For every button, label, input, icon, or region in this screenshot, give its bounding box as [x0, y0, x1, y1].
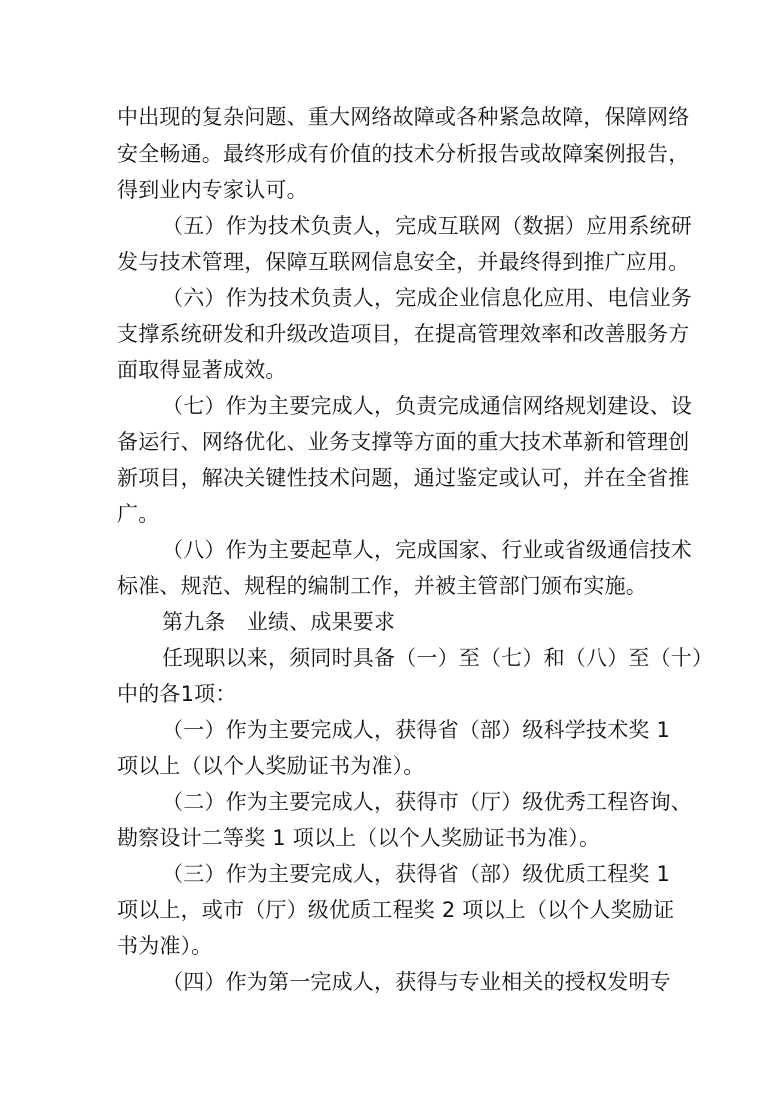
text-line: 安全畅通。最终形成有价值的技术分析报告或故障案例报告，: [117, 141, 677, 167]
article-9-heading: 第九条 业绩、成果要求: [162, 609, 722, 635]
text-line: 广。: [117, 501, 677, 527]
paragraph-7-start: （七）作为主要完成人，负责完成通信网络规划建设、设: [162, 393, 722, 419]
paragraph-5-start: （五）作为技术负责人，完成互联网（数据）应用系统研: [162, 213, 722, 239]
text-line: 备运行、网络优化、业务支撑等方面的重大技术革新和管理创: [117, 429, 677, 455]
text-line: 面取得显著成效。: [117, 357, 677, 383]
text-line: 支撑系统研发和升级改造项目，在提高管理效率和改善服务方: [117, 321, 677, 347]
text-line: 书为准）。: [117, 933, 677, 959]
text-line: 项以上，或市（厅）级优质工程奖 2 项以上（以个人奖励证: [117, 897, 677, 923]
paragraph-8-start: （八）作为主要起草人，完成国家、行业或省级通信技术: [162, 537, 722, 563]
text-line: 中的各1项：: [117, 681, 677, 707]
item-3-start: （三）作为主要完成人，获得省（部）级优质工程奖 1: [162, 861, 722, 887]
text-line: 新项目，解决关键性技术问题，通过鉴定或认可，并在全省推: [117, 465, 677, 491]
item-1-start: （一）作为主要完成人，获得省（部）级科学技术奖 1: [162, 717, 722, 743]
paragraph-6-start: （六）作为技术负责人，完成企业信息化应用、电信业务: [162, 285, 722, 311]
text-line: 中出现的复杂问题、重大网络故障或各种紧急故障，保障网络: [117, 104, 677, 130]
text-line: 得到业内专家认可。: [117, 177, 677, 203]
text-line: 标准、规范、规程的编制工作，并被主管部门颁布实施。: [117, 573, 677, 599]
text-line: 勘察设计二等奖 1 项以上（以个人奖励证书为准）。: [117, 825, 677, 851]
text-line: 发与技术管理，保障互联网信息安全，并最终得到推广应用。: [117, 249, 677, 275]
document-page: 中出现的复杂问题、重大网络故障或各种紧急故障，保障网络 安全畅通。最终形成有价值…: [0, 0, 777, 1099]
text-line: 项以上（以个人奖励证书为准）。: [117, 753, 677, 779]
article-9-intro: 任现职以来，须同时具备（一）至（七）和（八）至（十）: [162, 645, 722, 671]
item-2-start: （二）作为主要完成人，获得市（厅）级优秀工程咨询、: [162, 789, 722, 815]
item-4-start: （四）作为第一完成人，获得与专业相关的授权发明专: [162, 969, 722, 995]
